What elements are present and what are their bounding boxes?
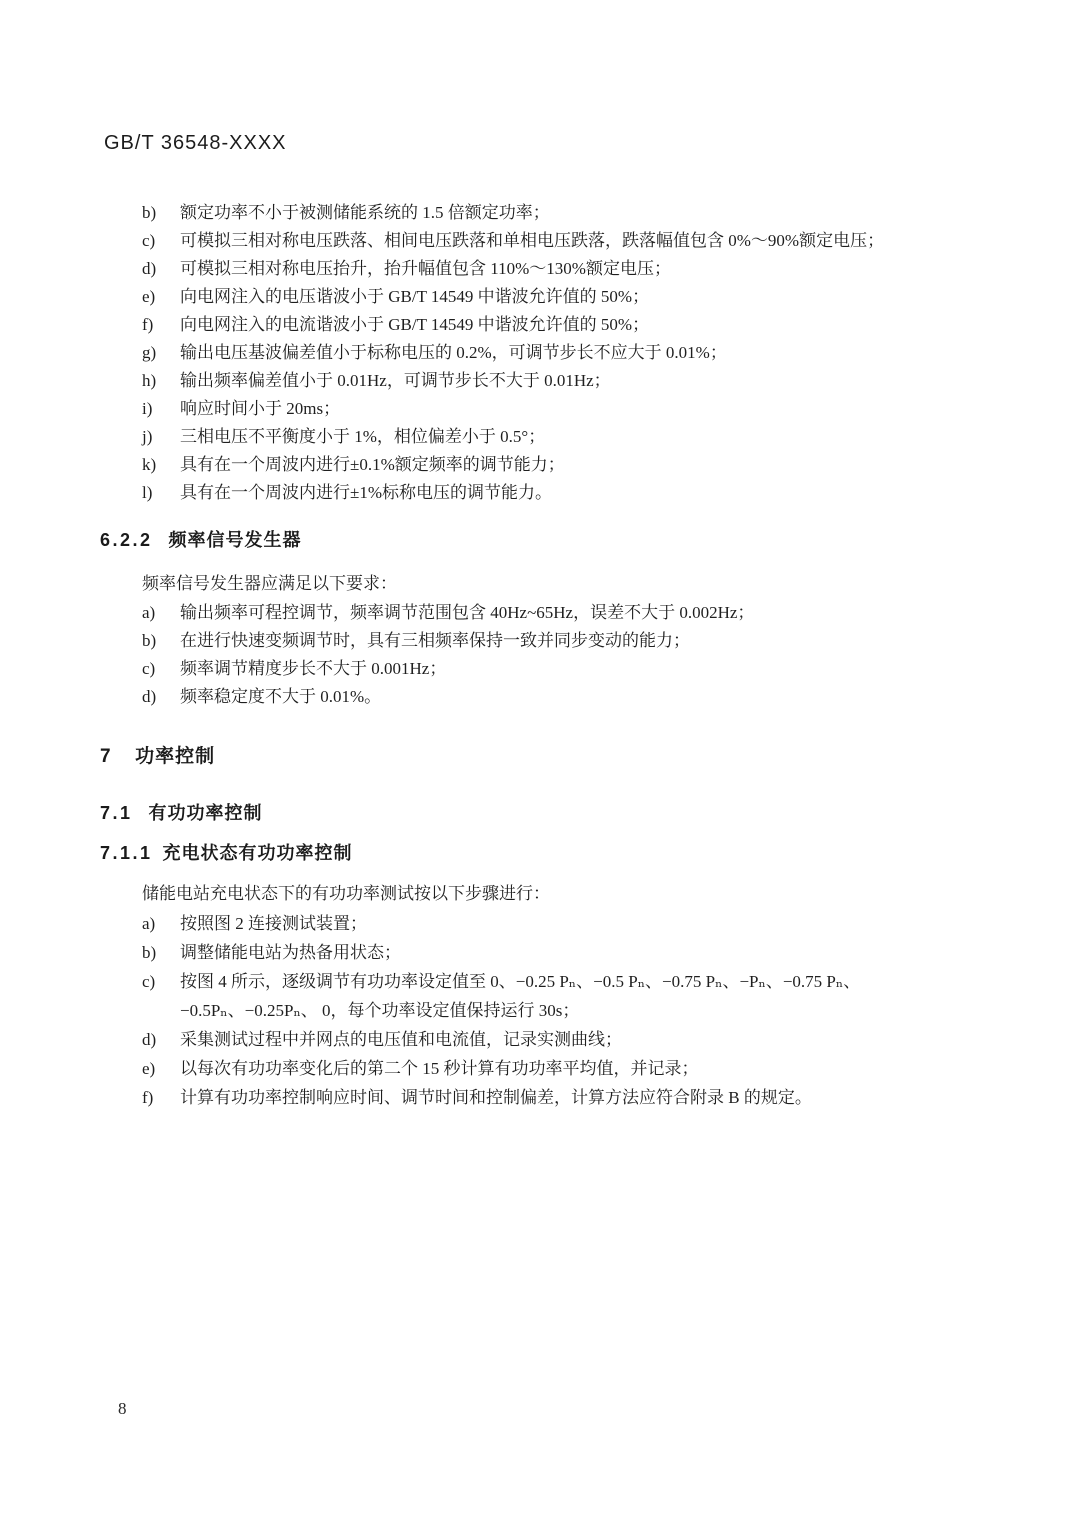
list-text: 采集测试过程中并网点的电压值和电流值，记录实测曲线；: [180, 1025, 622, 1054]
section-heading-71: 7.1 有功功率控制: [100, 802, 263, 824]
list-item: b)额定功率不小于被测储能系统的 1.5 倍额定功率；: [142, 199, 884, 227]
list-text: 具有在一个周波内进行±1%标称电压的调节能力。: [180, 479, 552, 507]
page-number: 8: [118, 1399, 127, 1419]
frequency-generator-list: a)输出频率可程控调节，频率调节范围包含 40Hz~65Hz，误差不大于 0.0…: [142, 599, 754, 711]
list-item: a)按照图 2 连接测试装置；: [142, 909, 860, 938]
list-item: d)频率稳定度不大于 0.01%。: [142, 683, 754, 711]
section-number: 7.1.1: [100, 842, 153, 864]
list-item: c)按图 4 所示，逐级调节有功功率设定值至 0、−0.25 Pₙ、−0.5 P…: [142, 967, 860, 996]
list-marker: f): [142, 1083, 180, 1112]
list-text: 调整储能电站为热备用状态；: [180, 938, 401, 967]
list-marker: c): [142, 655, 180, 683]
list-item: e)向电网注入的电压谐波小于 GB/T 14549 中谐波允许值的 50%；: [142, 283, 884, 311]
list-marker: a): [142, 599, 180, 627]
equipment-requirements-list: b)额定功率不小于被测储能系统的 1.5 倍额定功率； c)可模拟三相对称电压跌…: [142, 199, 884, 507]
list-text: 按照图 2 连接测试装置；: [180, 909, 367, 938]
list-text: 频率稳定度不大于 0.01%。: [180, 683, 381, 711]
list-marker: b): [142, 938, 180, 967]
list-text: 输出电压基波偏差值小于标称电压的 0.2%，可调节步长不应大于 0.01%；: [180, 339, 727, 367]
list-item: j)三相电压不平衡度小于 1%，相位偏差小于 0.5°；: [142, 423, 884, 451]
list-item: g)输出电压基波偏差值小于标称电压的 0.2%，可调节步长不应大于 0.01%；: [142, 339, 884, 367]
list-text: 可模拟三相对称电压跌落、相间电压跌落和单相电压跌落，跌落幅值包含 0%～90%额…: [180, 227, 884, 255]
list-marker: d): [142, 683, 180, 711]
list-item: b)在进行快速变频调节时，具有三相频率保持一致并同步变动的能力；: [142, 627, 754, 655]
list-item: c)可模拟三相对称电压跌落、相间电压跌落和单相电压跌落，跌落幅值包含 0%～90…: [142, 227, 884, 255]
list-item: d)采集测试过程中并网点的电压值和电流值，记录实测曲线；: [142, 1025, 860, 1054]
section-711-intro: 储能电站充电状态下的有功功率测试按以下步骤进行：: [142, 880, 550, 908]
section-heading-622: 6.2.2 频率信号发生器: [100, 529, 302, 551]
list-text: 在进行快速变频调节时，具有三相频率保持一致并同步变动的能力；: [180, 627, 690, 655]
list-item: l)具有在一个周波内进行±1%标称电压的调节能力。: [142, 479, 884, 507]
list-item: c)频率调节精度步长不大于 0.001Hz；: [142, 655, 754, 683]
list-item: d)可模拟三相对称电压抬升，抬升幅值包含 110%～130%额定电压；: [142, 255, 884, 283]
list-marker: j): [142, 423, 180, 451]
section-heading-7: 7 功率控制: [100, 745, 215, 768]
list-marker: f): [142, 311, 180, 339]
list-marker: h): [142, 367, 180, 395]
section-heading-711: 7.1.1 充电状态有功功率控制: [100, 842, 353, 864]
list-text: 可模拟三相对称电压抬升，抬升幅值包含 110%～130%额定电压；: [180, 255, 671, 283]
list-text: 三相电压不平衡度小于 1%，相位偏差小于 0.5°；: [180, 423, 545, 451]
list-text: 响应时间小于 20ms；: [180, 395, 340, 423]
list-item: f)计算有功功率控制响应时间、调节时间和控制偏差，计算方法应符合附录 B 的规定…: [142, 1083, 860, 1112]
list-marker: c): [142, 967, 180, 996]
standard-number-header: GB/T 36548-XXXX: [104, 132, 287, 155]
list-item-continuation: −0.5Pₙ、−0.25Pₙ、 0，每个功率设定值保持运行 30s；: [142, 996, 860, 1025]
section-title: 有功功率控制: [149, 802, 263, 824]
list-marker: d): [142, 1025, 180, 1054]
list-text: 向电网注入的电流谐波小于 GB/T 14549 中谐波允许值的 50%；: [180, 311, 649, 339]
list-text: −0.5Pₙ、−0.25Pₙ、 0，每个功率设定值保持运行 30s；: [180, 996, 579, 1025]
list-marker: e): [142, 1054, 180, 1083]
list-text: 输出频率偏差值小于 0.01Hz，可调节步长不大于 0.01Hz；: [180, 367, 611, 395]
list-marker: g): [142, 339, 180, 367]
section-title: 频率信号发生器: [169, 529, 302, 551]
list-text: 以每次有功功率变化后的第二个 15 秒计算有功功率平均值，并记录；: [180, 1054, 699, 1083]
section-title: 功率控制: [135, 745, 215, 768]
section-number: 7: [100, 745, 113, 768]
list-item: i)响应时间小于 20ms；: [142, 395, 884, 423]
list-marker: k): [142, 451, 180, 479]
list-item: b)调整储能电站为热备用状态；: [142, 938, 860, 967]
list-marker: e): [142, 283, 180, 311]
list-marker: d): [142, 255, 180, 283]
list-item: k)具有在一个周波内进行±0.1%额定频率的调节能力；: [142, 451, 884, 479]
list-marker: b): [142, 627, 180, 655]
list-marker: a): [142, 909, 180, 938]
list-text: 频率调节精度步长不大于 0.001Hz；: [180, 655, 446, 683]
list-text: 额定功率不小于被测储能系统的 1.5 倍额定功率；: [180, 199, 550, 227]
list-item: e)以每次有功功率变化后的第二个 15 秒计算有功功率平均值，并记录；: [142, 1054, 860, 1083]
list-text: 计算有功功率控制响应时间、调节时间和控制偏差，计算方法应符合附录 B 的规定。: [180, 1083, 812, 1112]
section-number: 7.1: [100, 802, 133, 824]
list-marker: l): [142, 479, 180, 507]
list-item: a)输出频率可程控调节，频率调节范围包含 40Hz~65Hz，误差不大于 0.0…: [142, 599, 754, 627]
list-marker: c): [142, 227, 180, 255]
section-number: 6.2.2: [100, 529, 153, 551]
list-text: 输出频率可程控调节，频率调节范围包含 40Hz~65Hz，误差不大于 0.002…: [180, 599, 754, 627]
document-page: GB/T 36548-XXXX b)额定功率不小于被测储能系统的 1.5 倍额定…: [0, 0, 1080, 1527]
list-text: 按图 4 所示，逐级调节有功功率设定值至 0、−0.25 Pₙ、−0.5 Pₙ、…: [180, 967, 860, 996]
list-marker: b): [142, 199, 180, 227]
list-text: 具有在一个周波内进行±0.1%额定频率的调节能力；: [180, 451, 565, 479]
list-text: 向电网注入的电压谐波小于 GB/T 14549 中谐波允许值的 50%；: [180, 283, 649, 311]
active-power-test-steps-list: a)按照图 2 连接测试装置； b)调整储能电站为热备用状态； c)按图 4 所…: [142, 909, 860, 1112]
section-622-intro: 频率信号发生器应满足以下要求：: [142, 570, 397, 598]
list-item: h)输出频率偏差值小于 0.01Hz，可调节步长不大于 0.01Hz；: [142, 367, 884, 395]
section-title: 充电状态有功功率控制: [163, 842, 353, 864]
list-item: f)向电网注入的电流谐波小于 GB/T 14549 中谐波允许值的 50%；: [142, 311, 884, 339]
list-marker: i): [142, 395, 180, 423]
